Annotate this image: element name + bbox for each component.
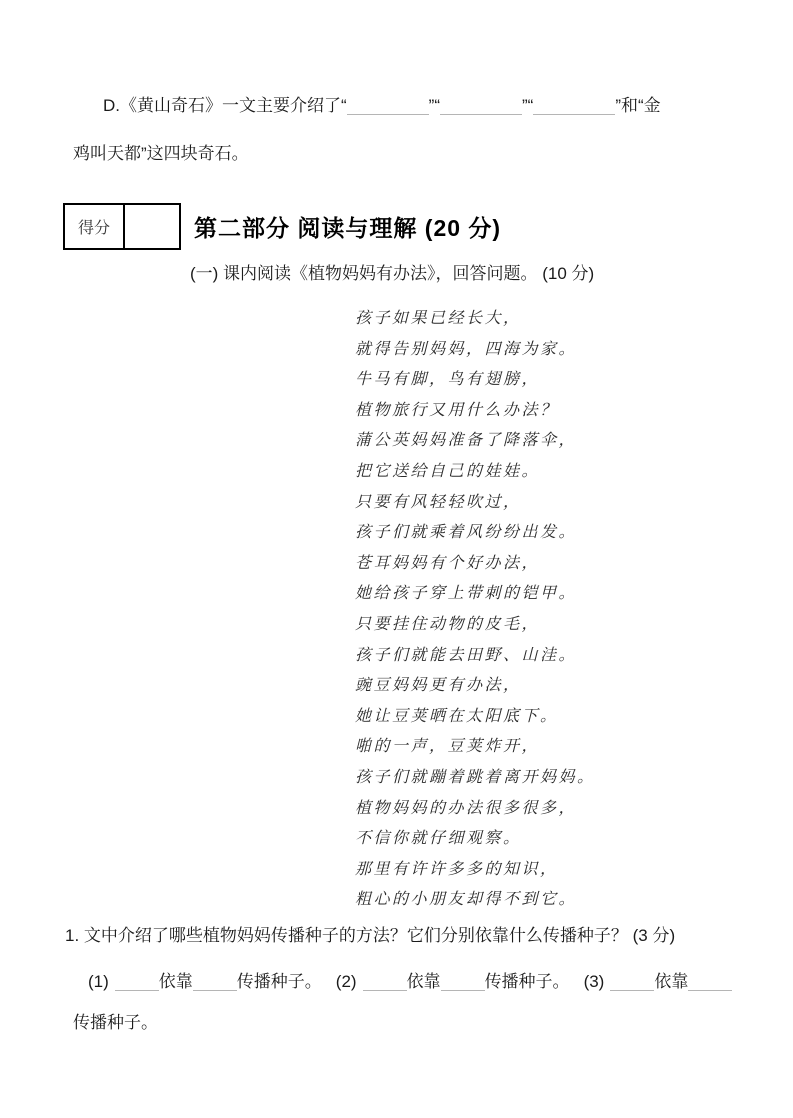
question-d-line2: 鸡叫天都”这四块奇石。 [73,130,737,178]
poem-line: 孩子们就乘着风纷纷出发。 [355,517,737,548]
fill-rely-1: 依靠 [159,972,193,991]
poem-line: 豌豆妈妈更有办法， [355,670,737,701]
answer-blank-means-1[interactable] [193,974,237,991]
poem-line: 蒲公英妈妈准备了降落伞， [355,425,737,456]
fill-item-2: (2)依靠传播种子。 [336,972,570,991]
section-title: 第二部分 阅读与理解 (20 分) [194,210,501,243]
poem-line: 粗心的小朋友却得不到它。 [355,884,737,915]
question-d-prefix: D.《黄山奇石》一文主要介绍了“ [103,96,347,115]
fill-num-1: (1) [88,972,109,991]
score-label: 得分 [65,205,125,248]
answer-blank-plant-1[interactable] [115,974,159,991]
fill-item-1: (1)依靠传播种子。 [88,972,322,991]
poem-line: 孩子们就蹦着跳着离开妈妈。 [355,762,737,793]
question-d-mid1: ”“ [429,96,440,115]
answer-blank-3[interactable] [533,98,615,115]
answer-blank-1[interactable] [347,98,429,115]
fill-spread-1: 传播种子。 [237,972,322,991]
poem-line: 苍耳妈妈有个好办法， [355,548,737,579]
question-d-line1: D.《黄山奇石》一文主要介绍了“”“”“”和“金 [73,82,737,130]
answer-blank-2[interactable] [440,98,522,115]
poem-line: 她让豆荚晒在太阳底下。 [355,701,737,732]
question-d-mid2: ”“ [522,96,533,115]
poem-line: 植物旅行又用什么办法？ [355,395,737,426]
poem-line: 就得告别妈妈，四海为家。 [355,334,737,365]
section-subtitle: (一) 课内阅读《植物妈妈有办法》，回答问题。 (10 分) [190,262,737,286]
poem-text: 孩子如果已经长大， 就得告别妈妈，四海为家。 牛马有脚，鸟有翅膀， 植物旅行又用… [355,303,737,915]
fill-num-2: (2) [336,972,357,991]
poem-line: 孩子如果已经长大， [355,303,737,334]
section-header-row: 得分 第二部分 阅读与理解 (20 分) [63,203,737,250]
poem-line: 那里有许许多多的知识， [355,854,737,885]
poem-line: 把它送给自己的娃娃。 [355,456,737,487]
answer-blank-means-2[interactable] [441,974,485,991]
score-value-cell[interactable] [125,205,179,248]
poem-line: 只要挂住动物的皮毛， [355,609,737,640]
answer-blank-plant-2[interactable] [363,974,407,991]
fill-rely-3: 依靠 [654,972,688,991]
answer-blank-plant-3[interactable] [610,974,654,991]
fill-in-line: (1)依靠传播种子。(2)依靠传播种子。(3)依靠 [88,970,737,994]
question-d-suffix: ”和“金 [615,96,660,115]
test-paper-page: D.《黄山奇石》一文主要介绍了“”“”“”和“金 鸡叫天都”这四块奇石。 得分 … [0,0,793,1118]
poem-line: 她给孩子穿上带刺的铠甲。 [355,578,737,609]
poem-line: 啪的一声，豆荚炸开， [355,731,737,762]
poem-line: 孩子们就能去田野、山洼。 [355,640,737,671]
fill-num-3: (3) [584,972,605,991]
question-1-text: 1. 文中介绍了哪些植物妈妈传播种子的方法？它们分别依靠什么传播种子？ (3 分… [65,924,737,948]
fill-spread-2: 传播种子。 [485,972,570,991]
score-box: 得分 [63,203,181,250]
fill-item-3: (3)依靠 [584,972,733,991]
fill-rely-2: 依靠 [407,972,441,991]
fill-wrap-line: 传播种子。 [73,1011,737,1035]
poem-line: 不信你就仔细观察。 [355,823,737,854]
answer-blank-means-3[interactable] [688,974,732,991]
poem-line: 只要有风轻轻吹过， [355,487,737,518]
poem-line: 植物妈妈的办法很多很多， [355,793,737,824]
poem-line: 牛马有脚，鸟有翅膀， [355,364,737,395]
